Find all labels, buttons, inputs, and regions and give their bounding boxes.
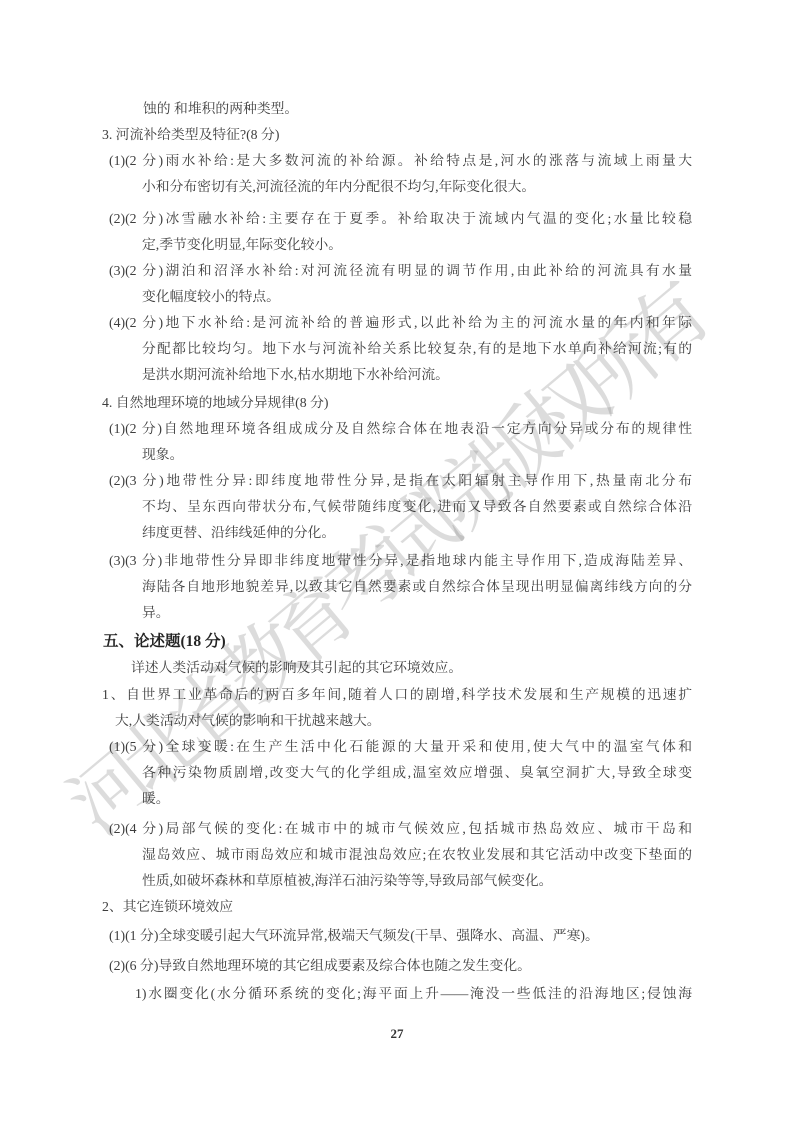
text-line: 异。 <box>142 600 794 626</box>
text-line: (1)(2 分)自然地理环境各组成成分及自然综合体在地表沿一定方向分异或分布的规… <box>109 416 692 442</box>
text-line: 不均、呈东西向带状分布,气候带随纬度变化,进而又导致各自然要素或自然综合体沿 <box>142 494 692 520</box>
text-line: (4)(2 分)地下水补给:是河流补给的普遍形式,以此补给为主的河流水量的年内和… <box>109 310 692 336</box>
text-line: 3. 河流补给类型及特征?(8 分) <box>102 122 794 148</box>
text-line: 暖。 <box>142 786 794 812</box>
text-line: 1)水圈变化(水分循环系统的变化;海平面上升——淹没一些低洼的沿海地区;侵蚀海 <box>135 981 692 1007</box>
document-body: 蚀的 和堆积的两种类型。3. 河流补给类型及特征?(8 分)(1)(2 分)雨水… <box>0 96 794 1007</box>
text-line: 五、论述题(18 分) <box>103 629 794 655</box>
page-number: 27 <box>0 1021 794 1047</box>
text-line: 各种污染物质剧增,改变大气的化学组成,温室效应增强、臭氧空洞扩大,导致全球变 <box>142 760 692 786</box>
text-line: 蚀的 和堆积的两种类型。 <box>143 96 794 122</box>
text-line: (3)(2 分)湖泊和沼泽水补给:对河流径流有明显的调节作用,由此补给的河流具有… <box>109 258 692 284</box>
text-line: 4. 自然地理环境的地域分异规律(8 分) <box>102 390 794 416</box>
document-page: 河北省教育考试院版权所有 蚀的 和堆积的两种类型。3. 河流补给类型及特征?(8… <box>0 0 794 1123</box>
text-line: (2)(3 分)地带性分异:即纬度地带性分异,是指在太阳辐射主导作用下,热量南北… <box>109 468 692 494</box>
text-line: 2、其它连锁环境效应 <box>102 894 794 920</box>
text-line: 纬度更替、沿纬线延伸的分化。 <box>142 520 794 546</box>
text-line: 小和分布密切有关,河流径流的年内分配很不均匀,年际变化很大。 <box>142 174 794 200</box>
text-line: 大,人类活动对气候的影响和干扰越来越大。 <box>115 708 794 734</box>
text-line: 变化幅度较小的特点。 <box>142 284 794 310</box>
text-line: (2)(2 分)冰雪融水补给:主要存在于夏季。补给取决于流域内气温的变化;水量比… <box>109 206 692 232</box>
text-line: 性质,如破坏森林和草原植被,海洋石油污染等等,导致局部气候变化。 <box>142 868 794 894</box>
text-line: (1)(1 分)全球变暖引起大气环流异常,极端天气频发(干旱、强降水、高温、严寒… <box>109 923 794 949</box>
text-line: 1、自世界工业革命后的两百多年间,随着人口的剧增,科学技术发展和生产规模的迅速扩 <box>102 682 692 708</box>
text-line: 海陆各自地形地貌差异,以致其它自然要素或自然综合体呈现出明显偏离纬线方向的分 <box>142 574 692 600</box>
text-line: 湿岛效应、城市雨岛效应和城市混浊岛效应;在农牧业发展和其它活动中改变下垫面的 <box>142 842 692 868</box>
text-line: 是洪水期河流补给地下水,枯水期地下水补给河流。 <box>142 362 794 388</box>
text-line: (1)(5 分)全球变暖:在生产生活中化石能源的大量开采和使用,使大气中的温室气… <box>109 734 692 760</box>
text-line: (1)(2 分)雨水补给:是大多数河流的补给源。补给特点是,河水的涨落与流域上雨… <box>109 148 692 174</box>
text-line: 详述人类活动对气候的影响及其引起的其它环境效应。 <box>131 655 794 681</box>
text-line: (2)(4 分)局部气候的变化:在城市中的城市气候效应,包括城市热岛效应、城市干… <box>109 816 692 842</box>
text-line: 现象。 <box>142 442 794 468</box>
text-line: (3)(3 分)非地带性分异即非纬度地带性分异,是指地球内能主导作用下,造成海陆… <box>109 548 692 574</box>
text-line: 分配都比较均匀。地下水与河流补给关系比较复杂,有的是地下水单向补给河流;有的 <box>142 336 692 362</box>
text-line: 定,季节变化明显,年际变化较小。 <box>142 232 794 258</box>
text-line: (2)(6 分)导致自然地理环境的其它组成要素及综合体也随之发生变化。 <box>109 953 794 979</box>
